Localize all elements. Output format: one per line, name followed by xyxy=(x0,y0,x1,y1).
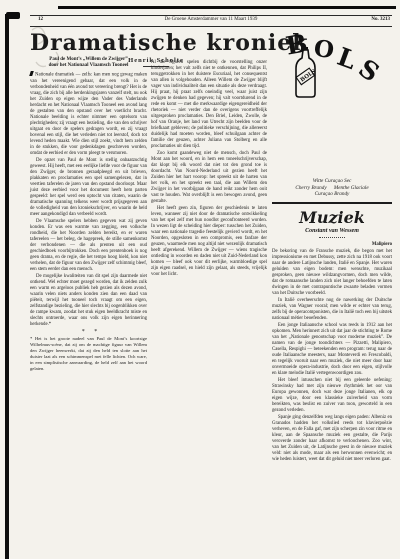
bottle-icon: BOLS xyxy=(290,46,320,98)
bols-product-lines: Witte Curaçao Sec Cherry Brandy Menthe G… xyxy=(272,178,392,198)
paragraph: De bekoring van de Fransche muziek, die … xyxy=(272,249,392,297)
bols-letter-l: L xyxy=(334,42,360,75)
product-line-3: Curaçao Brandy xyxy=(272,191,392,198)
paragraph-mark-icon xyxy=(29,71,34,76)
paragraph: Het heeft geen zin, figuren der geschied… xyxy=(151,206,267,278)
masthead-title: De Groene Amsterdammer van 11 Maart 1939 xyxy=(30,17,392,22)
footnote: * Het is het groote nadeel van Paul de M… xyxy=(30,336,147,372)
paragraph: Al die figuren spelen dichtbij de voorst… xyxy=(151,60,267,150)
bols-advertisement: B O L S BOLS xyxy=(272,32,392,104)
masthead-rule-bottom xyxy=(30,26,392,27)
paragraph: Een jonge Italiaansche school was reeds … xyxy=(272,323,392,377)
muziek-subject-tag: Malipiero xyxy=(272,242,392,247)
article-subheading: Paul de Mont’s „Willem de Zwijger” door … xyxy=(30,57,147,69)
scan-border-top xyxy=(58,6,396,9)
subheading-line-2: door het Nationaal Vlaamsch Tooneel xyxy=(49,63,129,68)
newspaper-page: 12 De Groene Amsterdammer van 11 Maart 1… xyxy=(0,0,400,559)
paragraph: In Italië overheerschte nog de nawerking… xyxy=(272,298,392,322)
paragraph: Het bleef intusschen niet bij een geleer… xyxy=(272,378,392,414)
paragraph: De opzet van Paul de Mont is stellig onb… xyxy=(30,158,147,218)
right-rail: B O L S BOLS Witte Curaçao Sec Cherry Br… xyxy=(272,32,392,464)
paragraph: De mogelijke kwaliteiten van dit spel zi… xyxy=(30,274,147,328)
muziek-byline-rule xyxy=(319,236,345,238)
scan-ink-blob xyxy=(6,12,20,19)
bols-letter-s: S xyxy=(353,53,384,87)
section-divider-rule xyxy=(272,202,392,204)
issue-number: No. 3213 xyxy=(371,17,390,22)
muziek-byline: Constant van Wessem xyxy=(272,228,392,234)
masthead-rule-top xyxy=(30,15,392,16)
section-separator: * * xyxy=(30,329,147,335)
muziek-title: Muziek xyxy=(272,208,392,227)
paragraph-text: Nationale dramatiek — zelfs: kan men nog… xyxy=(30,73,147,156)
paragraph: Spanje ging denzelfden weg langs eigen p… xyxy=(272,415,392,463)
paragraph: Nationale dramatiek — zelfs: kan men nog… xyxy=(30,71,147,157)
scan-border-left xyxy=(5,14,9,559)
article-column-2: Al die figuren spelen dichtbij de voorst… xyxy=(151,60,267,279)
article-column-1: Paul de Mont’s „Willem de Zwijger” door … xyxy=(30,57,147,373)
subheading-line-1: Paul de Mont’s „Willem de Zwijger” xyxy=(49,57,127,62)
paragraph: Zoo komt gaandeweg niet de mensch, doch … xyxy=(151,151,267,205)
paragraph: De Vlaamsche spelers hebben gegeven wat … xyxy=(30,219,147,273)
muziek-column: De bekoring van de Fransche muziek, die … xyxy=(272,249,392,463)
article-title: Dramatische kroniek xyxy=(30,30,282,56)
